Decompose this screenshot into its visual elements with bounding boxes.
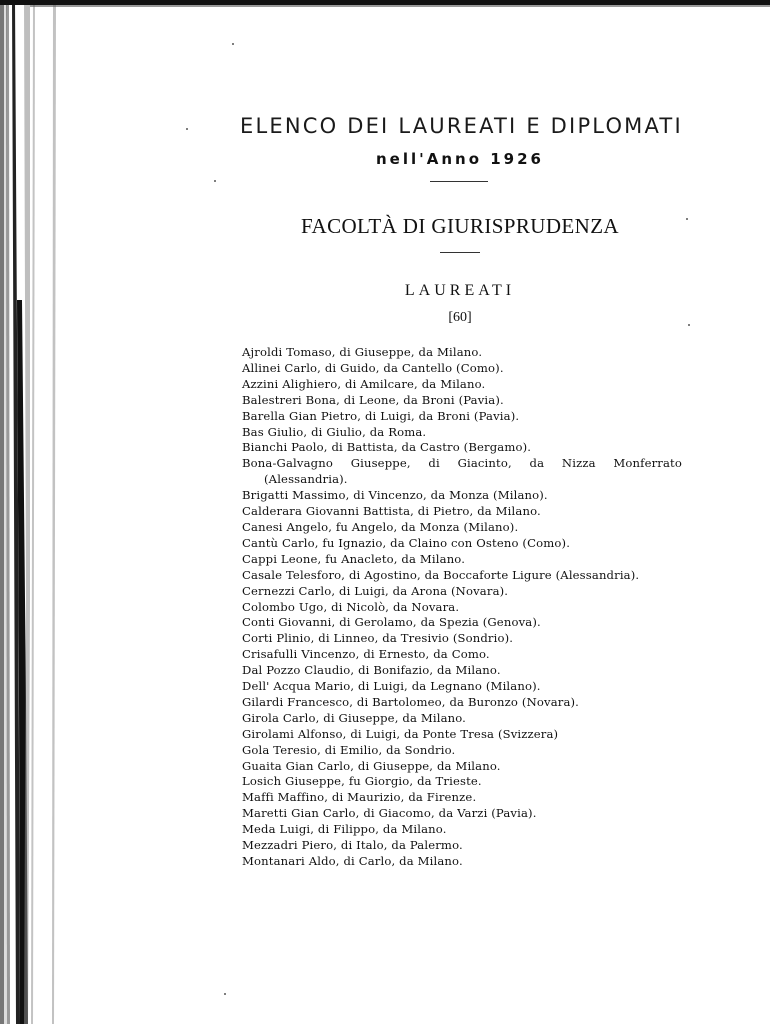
list-item: Maffi Maffino, di Maurizio, da Firenze. [242, 790, 682, 806]
list-item: Montanari Aldo, di Carlo, da Milano. [242, 854, 682, 870]
list-item: Cantù Carlo, fu Ignazio, da Claino con O… [242, 536, 682, 552]
list-item: Girola Carlo, di Giuseppe, da Milano. [242, 711, 682, 727]
list-item: Canesi Angelo, fu Angelo, da Monza (Mila… [242, 520, 682, 536]
page-subtitle-year: nell'Anno 1926 [240, 150, 680, 168]
list-item: Gilardi Francesco, di Bartolomeo, da Bur… [242, 695, 682, 711]
scan-speck [186, 128, 188, 130]
list-item: Colombo Ugo, di Nicolò, da Novara. [242, 600, 682, 616]
list-item: Gola Teresio, di Emilio, da Sondrio. [242, 743, 682, 759]
list-item: Bas Giulio, di Giulio, da Roma. [242, 425, 682, 441]
title-divider [430, 181, 488, 182]
scan-speck [224, 993, 226, 995]
list-item: Cappi Leone, fu Anacleto, da Milano. [242, 552, 682, 568]
scan-speck [214, 180, 216, 182]
faculty-heading: FACOLTÀ DI GIURISPRUDENZA [240, 214, 680, 239]
graduates-list: Ajroldi Tomaso, di Giuseppe, da Milano. … [242, 345, 682, 870]
graduate-count: [60] [240, 310, 680, 326]
list-item: Brigatti Massimo, di Vincenzo, da Monza … [242, 488, 682, 504]
faculty-divider [440, 252, 480, 253]
list-item: Allinei Carlo, di Guido, da Cantello (Co… [242, 361, 682, 377]
book-binding-shadow [0, 0, 70, 1024]
list-item: Dell' Acqua Mario, di Luigi, da Legnano … [242, 679, 682, 695]
list-item: Ajroldi Tomaso, di Giuseppe, da Milano. [242, 345, 682, 361]
scan-top-edge-shadow [30, 5, 770, 7]
section-heading-laureati: LAUREATI [240, 282, 680, 300]
list-item: Crisafulli Vincenzo, di Ernesto, da Como… [242, 647, 682, 663]
list-item: Maretti Gian Carlo, di Giacomo, da Varzi… [242, 806, 682, 822]
list-item: Casale Telesforo, di Agostino, da Boccaf… [242, 568, 682, 584]
list-item: Guaita Gian Carlo, di Giuseppe, da Milan… [242, 759, 682, 775]
list-item: Azzini Alighiero, di Amilcare, da Milano… [242, 377, 682, 393]
scan-speck [688, 324, 690, 326]
list-item: Losich Giuseppe, fu Giorgio, da Trieste. [242, 774, 682, 790]
list-item: Girolami Alfonso, di Luigi, da Ponte Tre… [242, 727, 682, 743]
list-item: Corti Plinio, di Linneo, da Tresivio (So… [242, 631, 682, 647]
list-item: Bianchi Paolo, di Battista, da Castro (B… [242, 440, 682, 456]
list-item: Mezzadri Piero, di Italo, da Palermo. [242, 838, 682, 854]
list-item: Barella Gian Pietro, di Luigi, da Broni … [242, 409, 682, 425]
list-item: Dal Pozzo Claudio, di Bonifazio, da Mila… [242, 663, 682, 679]
list-item: Calderara Giovanni Battista, di Pietro, … [242, 504, 682, 520]
scan-speck [686, 218, 688, 220]
list-item: Meda Luigi, di Filippo, da Milano. [242, 822, 682, 838]
scan-speck [232, 43, 234, 45]
page-title: ELENCO DEI LAUREATI E DIPLOMATI [240, 114, 680, 138]
list-item: Conti Giovanni, di Gerolamo, da Spezia (… [242, 615, 682, 631]
list-item: Bona-Galvagno Giuseppe, di Giacinto, da … [242, 456, 682, 488]
list-item: Cernezzi Carlo, di Luigi, da Arona (Nova… [242, 584, 682, 600]
list-item: Balestreri Bona, di Leone, da Broni (Pav… [242, 393, 682, 409]
